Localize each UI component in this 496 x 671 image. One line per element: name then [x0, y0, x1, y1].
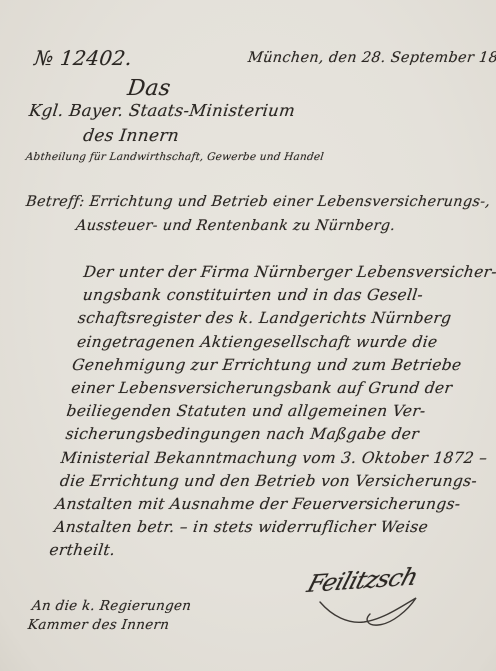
- body-line: sicherungsbedingungen nach Maßgabe der: [64, 423, 455, 446]
- letterhead-division: Abtheilung für Landwirthschaft, Gewerbe …: [25, 151, 325, 163]
- body-line: ertheilt.: [48, 539, 441, 562]
- letterhead-department: des Innern: [82, 126, 180, 146]
- dateline: München, den 28. September 1884: [247, 50, 496, 66]
- signature-name: Feilitzsch: [304, 563, 421, 598]
- subject-line-2: Aussteuer- und Rentenbank zu Nürnberg.: [75, 218, 396, 234]
- body-line: schaftsregister des k. Landgerichts Nürn…: [76, 307, 469, 330]
- letterhead-ministry-name: Kgl. Bayer. Staats-Ministerium: [28, 101, 296, 120]
- letter-body: Der unter der Firma Nürnberger Lebensver…: [48, 261, 475, 563]
- body-line: Der unter der Firma Nürnberger Lebensver…: [82, 261, 475, 284]
- subject-line-1: Betreff: Errichtung und Betrieb einer Le…: [25, 194, 491, 210]
- signature-flourish-icon: [318, 594, 422, 628]
- body-line: die Errichtung und den Betrieb von Versi…: [59, 470, 450, 493]
- body-line: ungsbank constituirten und in das Gesell…: [81, 284, 472, 307]
- body-line: eingetragenen Aktiengesellschaft wurde d…: [76, 331, 467, 354]
- recipient-line-1: An die k. Regierungen: [31, 598, 192, 614]
- scanned-letter-page: № 12402. München, den 28. September 1884…: [0, 0, 496, 671]
- body-line: einer Lebensversicherungsbank auf Grund …: [70, 377, 461, 400]
- body-line: Anstalten betr. – in stets widerrufliche…: [53, 516, 444, 539]
- reference-number: № 12402.: [33, 46, 134, 70]
- body-line: beiliegenden Statuten und allgemeinen Ve…: [65, 400, 458, 423]
- letterhead-article: Das: [126, 76, 172, 101]
- body-line: Ministerial Bekanntmachung vom 3. Oktobe…: [59, 447, 452, 470]
- recipient-line-2: Kammer des Innern: [27, 617, 170, 633]
- body-line: Anstalten mit Ausnahme der Feuerversiche…: [54, 493, 447, 516]
- body-line: Genehmigung zur Errichtung und zum Betri…: [71, 354, 464, 377]
- signature: Feilitzsch: [298, 568, 428, 628]
